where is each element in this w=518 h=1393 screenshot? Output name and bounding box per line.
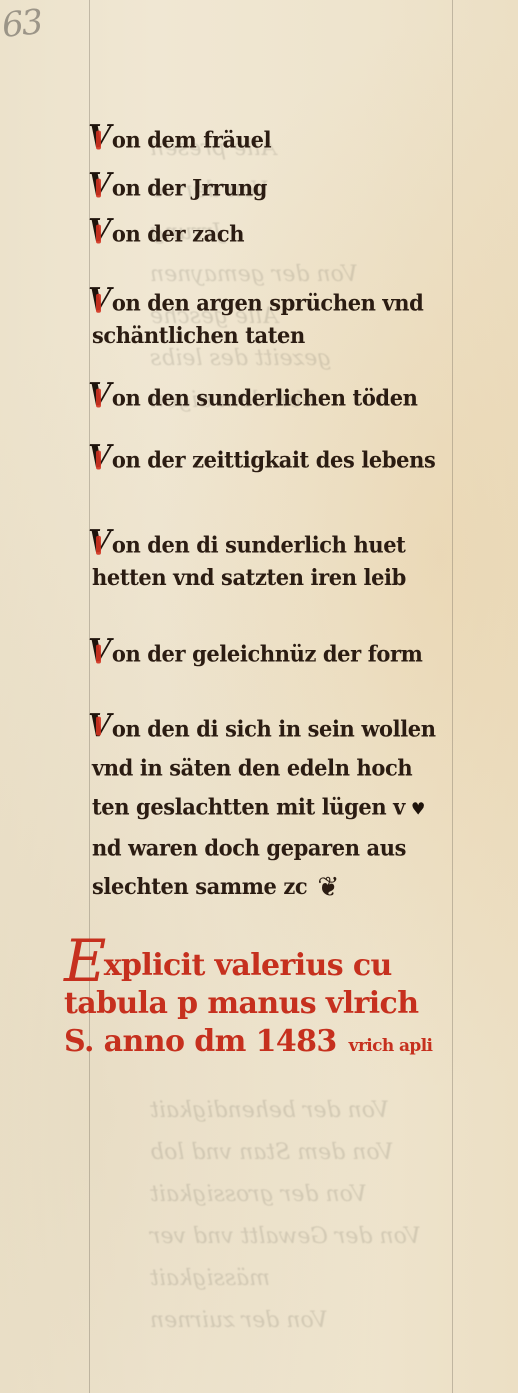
entry-line: schäntlichen taten bbox=[88, 319, 423, 352]
entry-text: on der zach bbox=[112, 220, 244, 246]
rubricated-initial: V bbox=[88, 284, 111, 317]
rubricated-initial: V bbox=[88, 441, 111, 474]
entry-line: ten geslachtten mit lügen v♥ bbox=[88, 787, 436, 828]
entry-line: Von der zeittigkait des lebens bbox=[88, 441, 435, 476]
chapter-entry: Von den di sich in sein wollen vnd in sä… bbox=[88, 707, 436, 908]
folio-number: 63 bbox=[0, 2, 43, 46]
colophon-line: S. anno dm 1483vrich apli bbox=[64, 1023, 432, 1065]
colophon-date-note: vrich apli bbox=[349, 1036, 433, 1056]
entry-line: Von den argen sprüchen vnd bbox=[88, 284, 423, 319]
rubricated-initial: V bbox=[88, 215, 111, 248]
left-ruling-line bbox=[89, 0, 90, 1393]
entry-text: slechten samme zc bbox=[92, 873, 307, 899]
colophon-line: Explicit valerius cu bbox=[64, 942, 432, 985]
colophon-text: S. anno dm 1483 bbox=[64, 1024, 337, 1059]
entry-line: nd waren doch geparen aus bbox=[88, 828, 436, 867]
entry-text: on dem fräuel bbox=[112, 126, 271, 152]
entry-text: on den di sich in sein wollen bbox=[112, 716, 436, 742]
chapter-entry: Von der zeittigkait des lebens bbox=[88, 441, 435, 476]
rubricated-initial: V bbox=[88, 169, 111, 202]
colophon-line: tabula p manus vlrich bbox=[64, 985, 432, 1023]
explicit-colophon: Explicit valerius cu tabula p manus vlri… bbox=[64, 942, 432, 1065]
entry-line: Von dem fräuel bbox=[88, 121, 271, 156]
ghost-line: Von der behendigkait bbox=[150, 1090, 480, 1132]
rubricated-initial: V bbox=[88, 121, 111, 154]
entry-text: on der Jrrung bbox=[112, 174, 267, 200]
entry-line: Von der zach bbox=[88, 215, 244, 250]
ghost-line: Von der Gewaltt vnd ver bbox=[150, 1216, 480, 1258]
entry-line: Von der Jrrung bbox=[88, 169, 267, 204]
rubricated-initial: V bbox=[88, 379, 111, 412]
entry-line: hetten vnd satzten iren leib bbox=[88, 561, 406, 594]
ghost-line: mässigkait bbox=[150, 1258, 480, 1300]
flourish-ornament-icon: ❦ bbox=[317, 869, 338, 908]
rubricated-initial: V bbox=[88, 526, 111, 559]
chapter-entry: Von den argen sprüchen vnd schäntlichen … bbox=[88, 284, 423, 351]
chapter-entry: Von der geleichnüz der form bbox=[88, 635, 422, 670]
entry-text: on der zeittigkait des lebens bbox=[112, 446, 436, 472]
rubricated-initial: V bbox=[88, 707, 111, 746]
entry-line: Von den di sunderlich huet bbox=[88, 526, 406, 561]
bleed-through-text-bottom: Von der behendigkait Von dem Stan vnd lo… bbox=[150, 1090, 480, 1342]
entry-text: on den argen sprüchen vnd bbox=[112, 290, 424, 316]
ghost-line: Von der zuirnen bbox=[150, 1300, 480, 1342]
chapter-entry: Von der Jrrung bbox=[88, 169, 267, 204]
chapter-entry: Von der zach bbox=[88, 215, 244, 250]
entry-text: on den di sunderlich huet bbox=[112, 532, 406, 558]
entry-line: Von den sunderlichen töden bbox=[88, 379, 418, 414]
entry-text: ten geslachtten mit lügen v bbox=[92, 793, 405, 819]
colophon-text: xplicit valerius cu bbox=[104, 948, 392, 983]
entry-text: on den sunderlichen töden bbox=[112, 384, 418, 410]
entry-line: Von den di sich in sein wollen bbox=[88, 707, 436, 748]
entry-line: Von der geleichnüz der form bbox=[88, 635, 422, 670]
entry-line: slechten samme zc❦ bbox=[88, 867, 436, 908]
ghost-line: Von der grossigkait bbox=[150, 1174, 480, 1216]
chapter-entry: Von den sunderlichen töden bbox=[88, 379, 418, 414]
heart-line-filler-icon: ♥ bbox=[411, 789, 425, 828]
chapter-entry: Von den di sunderlich huet hetten vnd sa… bbox=[88, 526, 406, 593]
rubricated-initial: V bbox=[88, 635, 111, 668]
entry-line: vnd in säten den edeln hoch bbox=[88, 748, 436, 787]
ghost-line: Von dem Stan vnd lob bbox=[150, 1132, 480, 1174]
chapter-entry: Von dem fräuel bbox=[88, 121, 271, 156]
entry-text: on der geleichnüz der form bbox=[112, 640, 423, 666]
manuscript-page: 63 Alle presen Von der vo Jrrung Von der… bbox=[0, 0, 518, 1393]
